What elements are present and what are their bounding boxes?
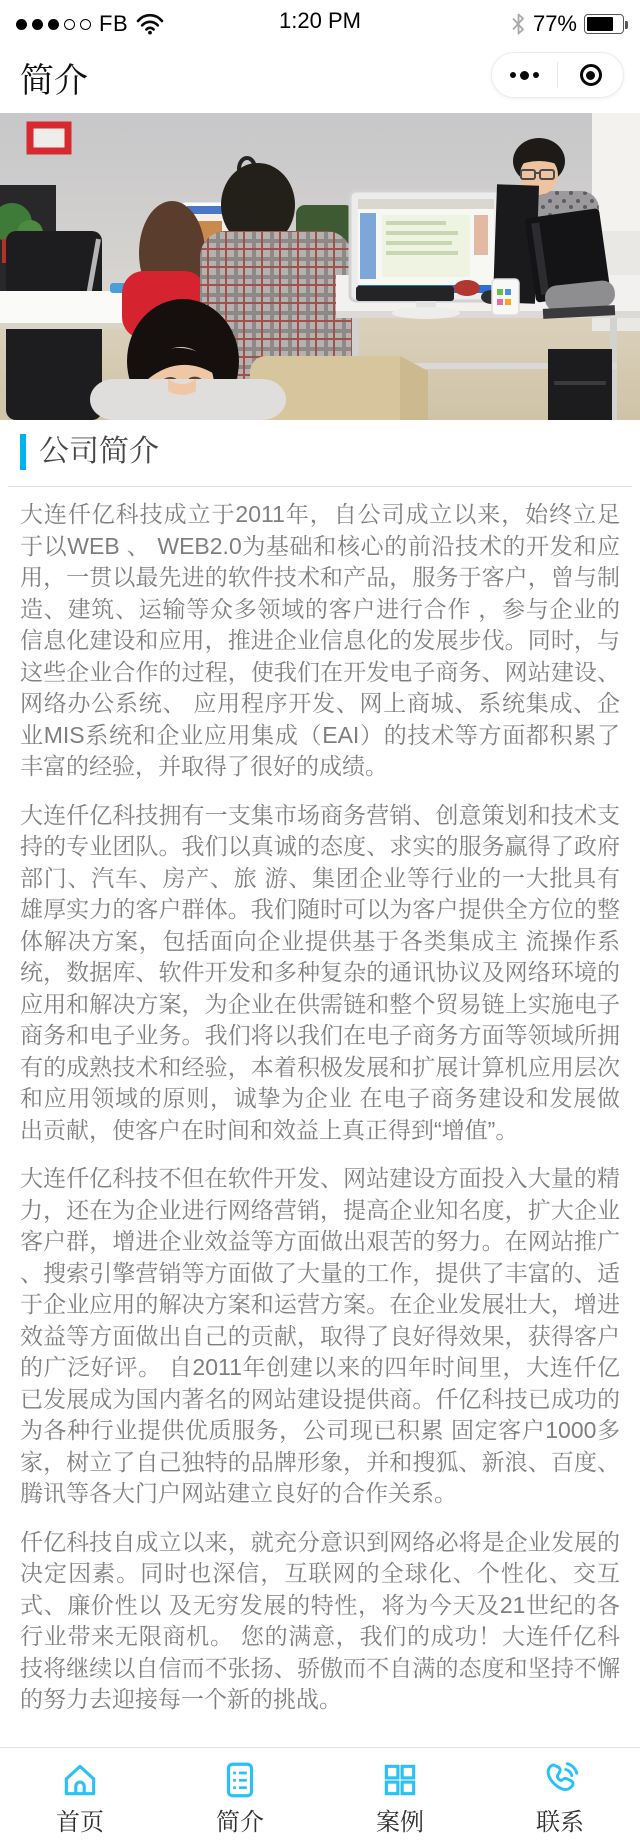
tab-cases[interactable]: 案例 xyxy=(320,1748,480,1844)
company-office-photo xyxy=(0,113,640,420)
more-button[interactable] xyxy=(492,53,557,97)
status-bar: FB 1:20 PM 77% xyxy=(0,0,640,42)
red-wall-frame xyxy=(30,125,68,151)
phone-icon xyxy=(539,1759,581,1801)
intro-paragraph-1: 大连仟亿科技成立于2011年，自公司成立以来，始终立足于以WEB 、 WEB2.… xyxy=(20,499,620,783)
tab-home-label: 首页 xyxy=(56,1802,104,1837)
intro-paragraph-2: 大连仟亿科技拥有一支集市场商务营销、创意策划和技术支持的专业团队。我们以真诚的态… xyxy=(20,800,620,1147)
battery-icon xyxy=(584,14,624,34)
more-dots-icon xyxy=(510,71,539,80)
section-title: 公司简介 xyxy=(20,434,620,470)
red-mouse xyxy=(454,280,480,296)
home-icon xyxy=(59,1759,101,1801)
exit-button[interactable] xyxy=(558,53,623,97)
clock: 1:20 PM xyxy=(0,8,640,34)
doc-list-icon xyxy=(219,1759,261,1801)
tab-cases-label: 案例 xyxy=(376,1802,424,1837)
tab-intro-label: 简介 xyxy=(216,1802,264,1837)
office-photo-art xyxy=(0,113,640,420)
mug xyxy=(492,279,519,315)
company-intro-text: 大连仟亿科技成立于2011年，自公司成立以来，始终立足于以WEB 、 WEB2.… xyxy=(0,487,640,1716)
keyboard xyxy=(356,286,454,301)
exit-target-icon xyxy=(580,64,602,86)
nav-bar: 简介 xyxy=(0,42,640,113)
page-title: 简介 xyxy=(20,53,88,102)
app-screen: FB 1:20 PM 77% 简介 xyxy=(0,0,640,1844)
tab-bar: 首页 简介 案例 xyxy=(0,1747,640,1844)
tab-intro[interactable]: 简介 xyxy=(160,1748,320,1844)
tab-contact[interactable]: 联系 xyxy=(480,1748,640,1844)
tab-contact-label: 联系 xyxy=(536,1802,584,1837)
intro-paragraph-3: 大连仟亿科技不但在软件开发、网站建设方面投入大量的精力，还在为企业进行网络营销，… xyxy=(20,1163,620,1510)
grid-icon xyxy=(379,1759,421,1801)
intro-paragraph-4: 仟亿科技自成立以来，就充分意识到网络必将是企业发展的决定因素。同时也深信，互联网… xyxy=(20,1527,620,1716)
section-header: 公司简介 xyxy=(0,420,640,480)
tab-home[interactable]: 首页 xyxy=(0,1748,160,1844)
miniprogram-capsule xyxy=(491,52,624,98)
